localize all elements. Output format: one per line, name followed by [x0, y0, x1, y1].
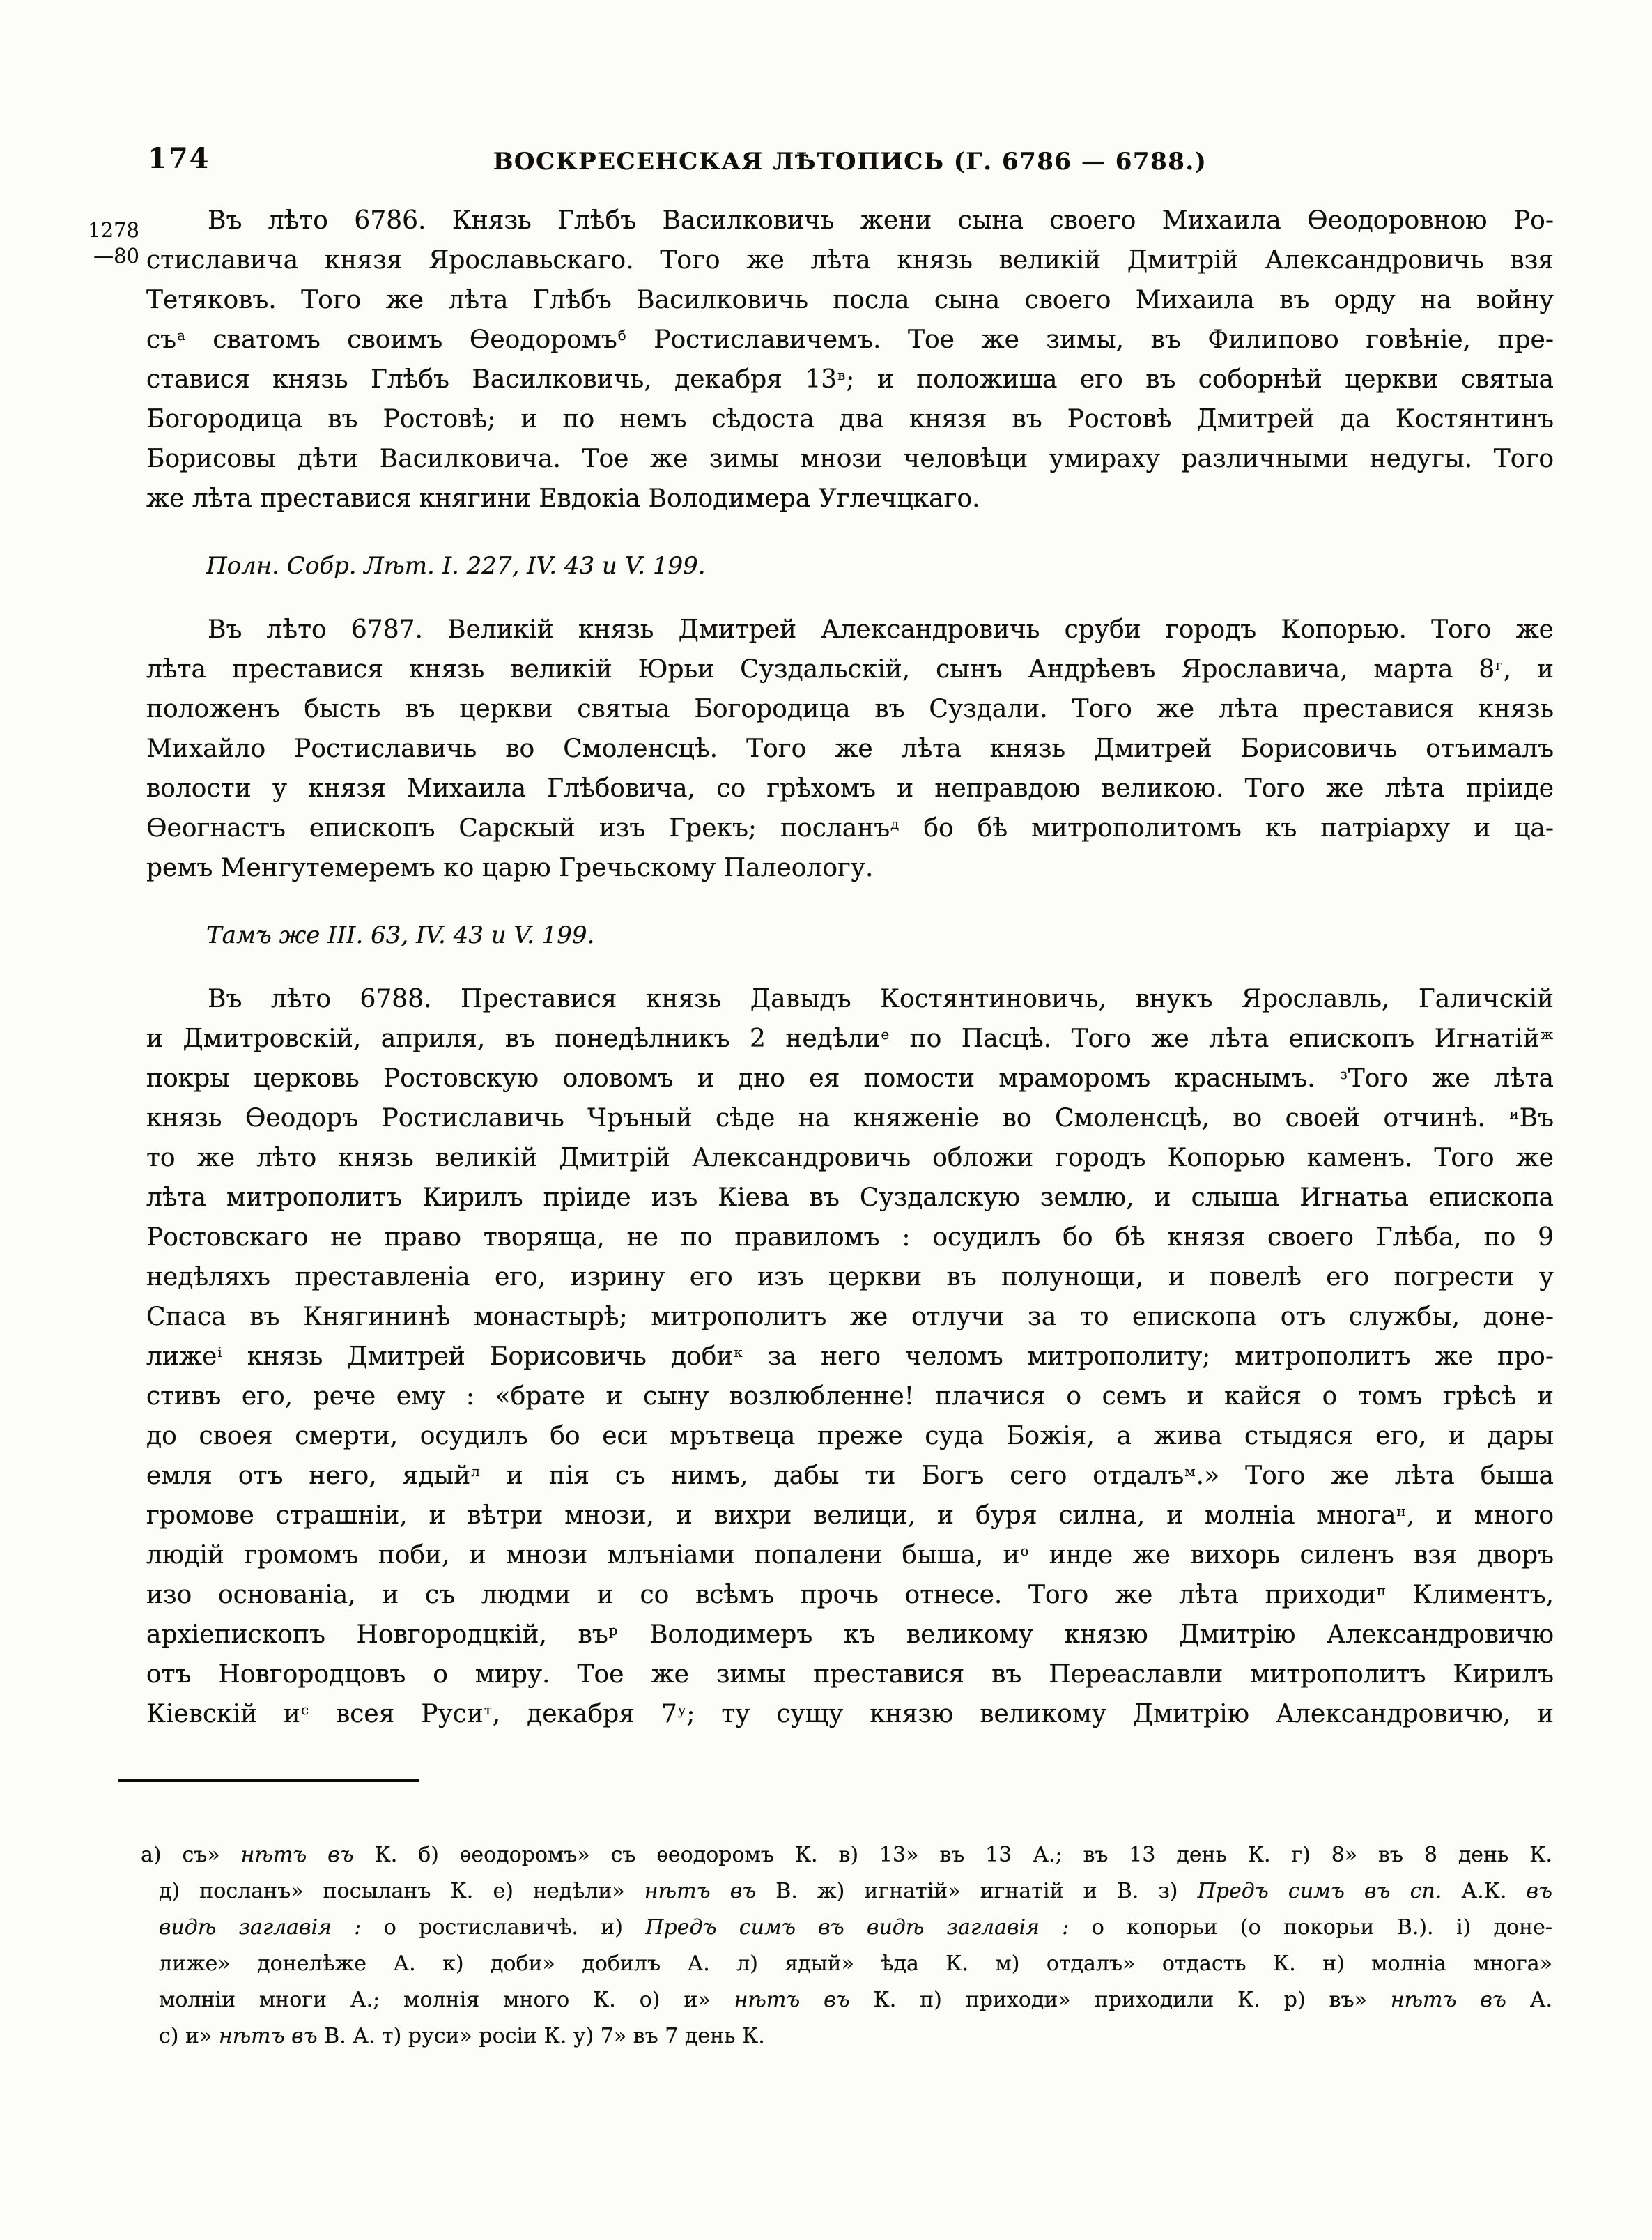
text-run: ставися князь Глѣбъ Василковичь, декабря…	[146, 365, 837, 394]
variant-ref-letter: р	[608, 1623, 619, 1639]
text-line: лижеі князь Дмитрей Борисовичь добик за …	[146, 1337, 1554, 1376]
text-run: с) и»	[159, 2024, 219, 2048]
text-run: о копорьи (о покорьи В.). і) доне-	[1069, 1915, 1552, 1940]
text-line: то же лѣто князь великій Дмитрій Алексан…	[146, 1138, 1554, 1178]
footnote-line: д) посланъ» посыланъ К. е) недѣли» нѣтъ …	[159, 1873, 1552, 1910]
text-run: людій громомъ поби, и мнози млъніами поп…	[146, 1541, 1019, 1570]
variant-ref-letter: в	[837, 367, 846, 383]
variant-ref-letter: и	[1508, 1106, 1519, 1122]
text-line: до своея смерти, осудилъ бо еси мрътвеца…	[146, 1416, 1554, 1456]
text-run: ; и положиша его въ соборнѣй церкви свят…	[846, 365, 1554, 394]
text-run: лиже» донелѣже А. к) доби» добилъ А. л) …	[159, 1951, 1552, 1976]
margin-year-top: 1278	[77, 217, 139, 243]
text-line: архіепископъ Новгородцкій, вър Володимер…	[146, 1615, 1554, 1655]
text-run: о ростиславичѣ. и)	[361, 1915, 645, 1940]
text-run: инде же вихорь силенъ взя дворъ	[1029, 1541, 1554, 1570]
source-citation: Тамъ же III. 63, IV. 43 и V. 199.	[206, 916, 1554, 956]
text-run: стиславича князя Ярославьскаго. Того же …	[146, 246, 1554, 275]
variant-ref-letter: б	[617, 328, 627, 344]
text-line: лѣта преставися князь великій Юрьи Сузда…	[146, 650, 1554, 689]
variant-ref-letter: т	[484, 1702, 493, 1718]
text-run: Тетяковъ. Того же лѣта Глѣбъ Василковичь…	[146, 286, 1554, 314]
text-line: Тетяковъ. Того же лѣта Глѣбъ Василковичь…	[146, 280, 1554, 320]
italic-run: Предъ симъ въ видѣ заглавія :	[645, 1915, 1069, 1940]
text-run: Ростиславичемъ. Тое же зимы, въ Филипово…	[627, 325, 1554, 354]
text-run: архіепископъ Новгородцкій, въ	[146, 1620, 608, 1649]
italic-run: въ	[1527, 1879, 1552, 1903]
text-line: Кіевскій ис всея Русит, декабря 7у; ту с…	[146, 1694, 1554, 1734]
text-run: князь Дмитрей Борисовичь доби	[223, 1342, 734, 1371]
text-run: , и	[1504, 655, 1554, 684]
text-run: ремъ Менгутемеремъ ко царю Гречьскому Па…	[146, 854, 873, 882]
text-run: лѣта митрополитъ Кирилъ пріиде изъ Кіева…	[146, 1183, 1554, 1212]
footnote-line: а) съ» нѣтъ въ К. б) ѳеодоромъ» съ ѳеодо…	[141, 1837, 1552, 1873]
text-run: емля отъ него, ядый	[146, 1462, 470, 1490]
text-run: Въ лѣто 6786. Князь Глѣбъ Василковичь же…	[208, 206, 1554, 235]
variant-ref-letter: д	[890, 816, 900, 832]
text-run: то же лѣто князь великій Дмитрій Алексан…	[146, 1144, 1554, 1172]
italic-run: нѣтъ въ	[1391, 1988, 1506, 2012]
chronicle-entry-6786: Въ лѣто 6786. Князь Глѣбъ Василковичь же…	[146, 201, 1554, 519]
text-run: , декабря 7	[493, 1700, 677, 1728]
text-run: В. А. т) руси» росіи К. у) 7» въ 7 день …	[318, 2024, 765, 2048]
text-run: отъ Новгородцовъ о миру. Тое же зимы пре…	[146, 1660, 1554, 1689]
text-run: Кіевскій и	[146, 1700, 300, 1728]
italic-run: нѣтъ въ	[734, 1988, 850, 2012]
text-line: покры церковь Ростовскую оловомъ и дно е…	[146, 1059, 1554, 1098]
text-run: А.	[1506, 1988, 1552, 2012]
text-run: а) съ»	[141, 1843, 241, 1867]
text-line: отъ Новгородцовъ о миру. Тое же зимы пре…	[146, 1655, 1554, 1694]
text-run: за него челомъ митрополиту; митрополитъ …	[743, 1342, 1554, 1371]
text-run: Борисовы дѣти Василковича. Тое же зимы м…	[146, 445, 1554, 473]
text-line: Ѳеогнастъ епископъ Сарскый изъ Грекъ; по…	[146, 808, 1554, 848]
text-run: съ	[146, 325, 176, 354]
text-line: Богородица въ Ростовѣ; и по немъ сѣдоста…	[146, 399, 1554, 439]
text-line: князь Ѳеодоръ Ростиславичь Чръный сѣде н…	[146, 1098, 1554, 1138]
italic-run: Предъ симъ въ сп.	[1198, 1879, 1442, 1903]
variant-ref-letter: з	[1339, 1066, 1348, 1082]
variant-ref-letter: і	[217, 1344, 222, 1360]
variant-ref-letter: п	[1376, 1583, 1387, 1599]
margin-year-bottom: —80	[77, 243, 139, 269]
variant-ref-letter: ж	[1540, 1027, 1554, 1043]
text-run: до своея смерти, осудилъ бо еси мрътвеца…	[146, 1422, 1554, 1450]
text-run: Въ	[1520, 1104, 1554, 1133]
text-line: людій громомъ поби, и мнози млъніами поп…	[146, 1535, 1554, 1575]
text-run: Спаса въ Княгининѣ монастырѣ; митрополит…	[146, 1303, 1554, 1331]
italic-run: нѣтъ въ	[241, 1843, 354, 1867]
text-run: К. б) ѳеодоромъ» съ ѳеодоромъ К. в) 13» …	[354, 1843, 1552, 1867]
chronicle-entry-6787: Въ лѣто 6787. Великій князь Дмитрей Алек…	[146, 610, 1554, 888]
text-line: громове страшніи, и вѣтри мнози, и вихри…	[146, 1496, 1554, 1535]
text-run: Богородица въ Ростовѣ; и по немъ сѣдоста…	[146, 405, 1554, 434]
text-run: К. п) приходи» приходили К. р) въ»	[850, 1988, 1391, 2012]
text-run: недѣляхъ преставленіа его, изрину его из…	[146, 1263, 1554, 1291]
text-run: покры церковь Ростовскую оловомъ и дно е…	[146, 1064, 1339, 1093]
italic-run: нѣтъ въ	[219, 2024, 318, 2048]
margin-year-note: 1278 —80	[77, 217, 139, 269]
text-column: Въ лѣто 6786. Князь Глѣбъ Василковичь же…	[146, 201, 1554, 1734]
text-line: же лѣта преставися княгини Евдокіа Волод…	[146, 479, 1554, 519]
text-line: Ростовскаго не право творяща, не по прав…	[146, 1218, 1554, 1257]
variant-ref-letter: м	[1184, 1464, 1196, 1480]
text-run: волости у князя Михаила Глѣбовича, со гр…	[146, 774, 1554, 803]
variant-ref-letter: н	[1396, 1503, 1406, 1519]
text-run: Ѳеогнастъ епископъ Сарскый изъ Грекъ; по…	[146, 814, 890, 843]
text-line: Въ лѣто 6788. Преставися князь Давыдъ Ко…	[146, 979, 1554, 1019]
text-line: Борисовы дѣти Василковича. Тое же зимы м…	[146, 439, 1554, 479]
text-run: лиже	[146, 1342, 217, 1371]
text-run: громове страшніи, и вѣтри мнози, и вихри…	[146, 1501, 1396, 1530]
variant-ref-letter: у	[677, 1702, 687, 1718]
text-line: изо основаніа, и съ людми и со всѣмъ про…	[146, 1575, 1554, 1615]
footnote-line: видѣ заглавія : о ростиславичѣ. и) Предъ…	[159, 1910, 1552, 1946]
text-run: , и много	[1407, 1501, 1554, 1530]
variant-ref-letter: е	[880, 1027, 890, 1043]
text-run: Того же лѣта	[1348, 1064, 1554, 1093]
text-run: В. ж) игнатій» игнатій и В. з)	[756, 1879, 1197, 1903]
chronicle-entry-6788: Въ лѣто 6788. Преставися князь Давыдъ Ко…	[146, 979, 1554, 1734]
running-title: ВОСКРЕСЕНСКАЯ ЛѢТОПИСЬ (Г. 6786 — 6788.)	[146, 148, 1554, 176]
text-line: ремъ Менгутемеремъ ко царю Гречьскому Па…	[146, 848, 1554, 888]
text-line: стиславича князя Ярославьскаго. Того же …	[146, 240, 1554, 280]
text-run: и пія съ нимъ, дабы ти Богъ сего отдалъ	[481, 1462, 1184, 1490]
variant-ref-letter: о	[1019, 1543, 1029, 1559]
text-run: .» Того же лѣта быша	[1196, 1462, 1554, 1490]
text-run: ; ту сущу князю великому Дмитрію Алексан…	[686, 1700, 1554, 1728]
text-line: лѣта митрополитъ Кирилъ пріиде изъ Кіева…	[146, 1178, 1554, 1218]
text-run: д) посланъ» посыланъ К. е) недѣли»	[159, 1879, 644, 1903]
text-run: бо бѣ митрополитомъ къ патріарху и ца-	[900, 814, 1554, 843]
text-run: А.К.	[1442, 1879, 1526, 1903]
text-run: стивъ его, рече ему : «брате и сыну возл…	[146, 1382, 1554, 1411]
text-line: емля отъ него, ядыйл и пія съ нимъ, дабы…	[146, 1456, 1554, 1496]
text-run: лѣта преставися князь великій Юрьи Сузда…	[146, 655, 1495, 684]
text-line: Спаса въ Княгининѣ монастырѣ; митрополит…	[146, 1297, 1554, 1337]
text-run: сватомъ своимъ Ѳеодоромъ	[186, 325, 617, 354]
text-run: всея Руси	[309, 1700, 484, 1728]
text-line: Въ лѣто 6786. Князь Глѣбъ Василковичь же…	[146, 201, 1554, 240]
footnote-line: лиже» донелѣже А. к) доби» добилъ А. л) …	[159, 1946, 1552, 1982]
variant-ref-letter: а	[176, 328, 186, 344]
text-line: волости у князя Михаила Глѣбовича, со гр…	[146, 769, 1554, 808]
variant-ref-letter: г	[1495, 657, 1503, 673]
text-run: Климентъ,	[1387, 1581, 1554, 1609]
text-run: и Дмитровскій, априля, въ понедѣлникъ 2 …	[146, 1025, 880, 1053]
variant-ref-letter: с	[300, 1702, 309, 1718]
footnote-line: молніи многи А.; молнія много К. о) и» н…	[159, 1982, 1552, 2018]
text-run: Въ лѣто 6788. Преставися князь Давыдъ Ко…	[208, 985, 1554, 1013]
text-run: же лѣта преставися княгини Евдокіа Волод…	[146, 484, 980, 513]
text-run: Ростовскаго не право творяща, не по прав…	[146, 1223, 1554, 1252]
text-run: по Пасцѣ. Того же лѣта епископъ Игнатій	[890, 1025, 1540, 1053]
footnote-separator	[118, 1779, 419, 1782]
text-line: Въ лѣто 6787. Великій князь Дмитрей Алек…	[146, 610, 1554, 650]
source-citation: Полн. Собр. Лѣт. I. 227, IV. 43 и V. 199…	[206, 546, 1554, 586]
text-run: Володимеръ къ великому князю Дмитрію Але…	[618, 1620, 1554, 1649]
italic-run: нѣтъ въ	[644, 1879, 756, 1903]
text-run: Михайло Ростиславичь во Смоленсцѣ. Того …	[146, 735, 1554, 763]
scanned-book-page: 174 ВОСКРЕСЕНСКАЯ ЛѢТОПИСЬ (Г. 6786 — 67…	[0, 0, 1652, 2240]
italic-run: видѣ заглавія :	[159, 1915, 361, 1940]
text-run: изо основаніа, и съ людми и со всѣмъ про…	[146, 1581, 1376, 1609]
text-line: съа сватомъ своимъ Ѳеодоромъб Ростислави…	[146, 320, 1554, 360]
variant-ref-letter: л	[470, 1464, 481, 1480]
text-run: положенъ бысть въ церкви святыа Богороди…	[146, 695, 1554, 723]
text-run: Въ лѣто 6787. Великій князь Дмитрей Алек…	[208, 615, 1554, 644]
text-line: недѣляхъ преставленіа его, изрину его из…	[146, 1257, 1554, 1297]
footnote-line: с) и» нѣтъ въ В. А. т) руси» росіи К. у)…	[159, 2018, 1552, 2055]
footnotes: а) съ» нѣтъ въ К. б) ѳеодоромъ» съ ѳеодо…	[159, 1837, 1552, 2055]
text-line: стивъ его, рече ему : «брате и сыну возл…	[146, 1376, 1554, 1416]
variant-ref-letter: к	[733, 1344, 743, 1360]
text-line: и Дмитровскій, априля, въ понедѣлникъ 2 …	[146, 1019, 1554, 1059]
text-line: Михайло Ростиславичь во Смоленсцѣ. Того …	[146, 729, 1554, 769]
text-run: молніи многи А.; молнія много К. о) и»	[159, 1988, 734, 2012]
text-line: ставися князь Глѣбъ Василковичь, декабря…	[146, 360, 1554, 399]
text-run: князь Ѳеодоръ Ростиславичь Чръный сѣде н…	[146, 1104, 1508, 1133]
text-line: положенъ бысть въ церкви святыа Богороди…	[146, 689, 1554, 729]
